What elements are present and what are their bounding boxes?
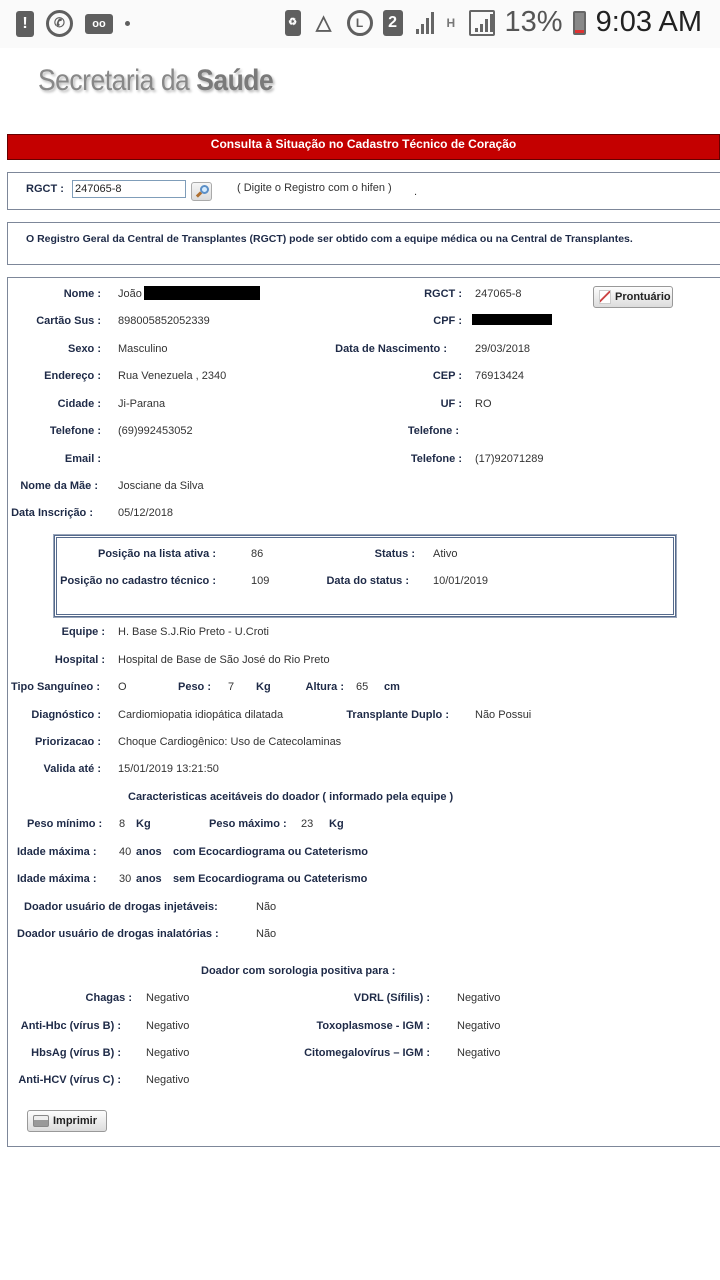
- hbsag-label: HbsAg (vírus B) :: [31, 1047, 121, 1059]
- idade-maxima-2-label: Idade máxima :: [17, 873, 96, 885]
- hospital-value: Hospital de Base de São José do Rio Pret…: [118, 654, 330, 666]
- citomegalovirus-value: Negativo: [457, 1047, 500, 1059]
- rgct-value: 247065-8: [475, 288, 522, 300]
- printer-icon: [33, 1115, 49, 1127]
- hospital-label: Hospital :: [55, 654, 105, 666]
- nascimento-value: 29/03/2018: [475, 343, 530, 355]
- alarm-icon: L: [347, 10, 373, 36]
- altura-label: Altura :: [306, 681, 345, 693]
- telefone3-value: (17)92071289: [475, 453, 544, 465]
- sexo-label: Sexo :: [68, 343, 101, 355]
- inscricao-label: Data Inscrição :: [11, 507, 93, 519]
- print-button[interactable]: Imprimir: [27, 1110, 107, 1132]
- transplante-duplo-label: Transplante Duplo :: [346, 709, 449, 721]
- cidade-label: Cidade :: [58, 398, 101, 410]
- data-status-label: Data do status :: [326, 575, 409, 587]
- diagnostico-label: Diagnóstico :: [31, 709, 101, 721]
- equipe-value: H. Base S.J.Rio Preto - U.Croti: [118, 626, 269, 638]
- stray-dot: .: [414, 186, 417, 198]
- posicao-cadastro-label: Posição no cadastro técnico :: [60, 575, 216, 587]
- peso-maximo-unit: Kg: [329, 818, 344, 830]
- altura-value: 65: [356, 681, 368, 693]
- site-logo: Secretaria da Saúde: [38, 64, 273, 98]
- altura-unit: cm: [384, 681, 400, 693]
- drogas-injetaveis-value: Não: [256, 901, 276, 913]
- cep-value: 76913424: [475, 370, 524, 382]
- signal-outline-icon: [469, 10, 495, 36]
- idade-maxima-1-value: 40: [119, 846, 131, 858]
- whatsapp-icon: ✆: [46, 10, 73, 37]
- transplante-duplo-value: Não Possui: [475, 709, 531, 721]
- mae-value: Josciane da Silva: [118, 480, 204, 492]
- donor-characteristics-title: Caracteristicas aceitáveis do doador ( i…: [128, 791, 453, 803]
- anti-hbc-value: Negativo: [146, 1020, 189, 1032]
- dot-icon: [125, 21, 130, 26]
- logo-regular: Secretaria da: [38, 64, 196, 97]
- idade-maxima-1-label: Idade máxima :: [17, 846, 96, 858]
- sexo-value: Masculino: [118, 343, 168, 355]
- sim2-icon: 2: [383, 10, 403, 36]
- nome-label: Nome :: [64, 288, 101, 300]
- nome-value: João: [118, 288, 142, 300]
- cpf-label: CPF :: [433, 315, 462, 327]
- valida-label: Valida até :: [44, 763, 101, 775]
- android-status-bar: ! ✆ oo ♻ △ L 2 H 13% 9:03 AM: [0, 0, 720, 48]
- cartao-sus-value: 898005852052339: [118, 315, 210, 327]
- vdrl-label: VDRL (Sífilis) :: [354, 992, 430, 1004]
- telefone3-label: Telefone :: [411, 453, 462, 465]
- prontuario-button[interactable]: Prontuário: [593, 286, 673, 308]
- hbsag-value: Negativo: [146, 1047, 189, 1059]
- telefone1-label: Telefone :: [50, 425, 101, 437]
- document-edit-icon: [599, 290, 611, 304]
- page-title: Consulta à Situação no Cadastro Técnico …: [7, 134, 720, 160]
- drogas-injetaveis-label: Doador usuário de drogas injetáveis:: [24, 901, 218, 913]
- idade-maxima-2-unit: anos: [136, 873, 162, 885]
- priorizacao-label: Priorizacao :: [35, 736, 101, 748]
- status-label: Status :: [375, 548, 415, 560]
- vdrl-value: Negativo: [457, 992, 500, 1004]
- toxoplasmose-label: Toxoplasmose - IGM :: [317, 1020, 430, 1032]
- peso-minimo-unit: Kg: [136, 818, 151, 830]
- nascimento-label: Data de Nascimento :: [335, 343, 447, 355]
- peso-minimo-value: 8: [119, 818, 125, 830]
- redacted-cpf: [472, 314, 552, 325]
- endereco-label: Endereço :: [44, 370, 101, 382]
- data-status-value: 10/01/2019: [433, 575, 488, 587]
- magnifier-handle: [196, 191, 202, 197]
- inscricao-value: 05/12/2018: [118, 507, 173, 519]
- rgct-info-text: O Registro Geral da Central de Transplan…: [26, 233, 633, 245]
- cartao-sus-label: Cartão Sus :: [36, 315, 101, 327]
- anti-hbc-label: Anti-Hbc (vírus B) :: [21, 1020, 121, 1032]
- peso-label: Peso :: [178, 681, 211, 693]
- uf-value: RO: [475, 398, 492, 410]
- posicao-ativa-value: 86: [251, 548, 263, 560]
- info-panel: O Registro Geral da Central de Transplan…: [7, 222, 720, 265]
- rgct-hint: ( Digite o Registro com o hifen ): [237, 182, 392, 194]
- redacted-surname: [144, 286, 260, 300]
- citomegalovirus-label: Citomegalovírus – IGM :: [304, 1047, 430, 1059]
- email-label: Email :: [65, 453, 101, 465]
- serology-title: Doador com sorologia positiva para :: [201, 965, 395, 977]
- telefone1-value: (69)992453052: [118, 425, 193, 437]
- status-value: Ativo: [433, 548, 457, 560]
- drogas-inalatorias-label: Doador usuário de drogas inalatórias :: [17, 928, 219, 940]
- peso-maximo-label: Peso máximo :: [209, 818, 287, 830]
- clock: 9:03 AM: [596, 6, 702, 39]
- valida-value: 15/01/2019 13:21:50: [118, 763, 219, 775]
- posicao-cadastro-value: 109: [251, 575, 269, 587]
- tipo-sanguineo-label: Tipo Sanguíneo :: [11, 681, 100, 693]
- rgct-search-label: RGCT :: [26, 183, 64, 195]
- toxoplasmose-value: Negativo: [457, 1020, 500, 1032]
- peso-maximo-value: 23: [301, 818, 313, 830]
- diagnostico-value: Cardiomiopatia idiopática dilatada: [118, 709, 283, 721]
- cidade-value: Ji-Parana: [118, 398, 165, 410]
- drogas-inalatorias-value: Não: [256, 928, 276, 940]
- prontuario-label: Prontuário: [615, 291, 671, 303]
- signal-icon: [413, 10, 437, 36]
- endereco-value: Rua Venezuela , 2340: [118, 370, 226, 382]
- search-panel: RGCT : ( Digite o Registro com o hifen )…: [7, 172, 720, 210]
- idade-maxima-1-unit: anos: [136, 846, 162, 858]
- anti-hcv-value: Negativo: [146, 1074, 189, 1086]
- idade-maxima-2-value: 30: [119, 873, 131, 885]
- battery-saver-icon: ♻: [285, 10, 301, 36]
- battery-icon: [573, 11, 586, 35]
- voicemail-icon: oo: [85, 14, 113, 34]
- anti-hcv-label: Anti-HCV (vírus C) :: [18, 1074, 121, 1086]
- telefone2-label: Telefone :: [408, 425, 459, 437]
- equipe-label: Equipe :: [62, 626, 105, 638]
- uf-label: UF :: [441, 398, 462, 410]
- chagas-label: Chagas :: [86, 992, 132, 1004]
- idade-maxima-1-note: com Ecocardiograma ou Cateterismo: [173, 846, 368, 858]
- mae-label: Nome da Mãe :: [20, 480, 98, 492]
- priorizacao-value: Choque Cardiogênico: Uso de Catecolamina…: [118, 736, 341, 748]
- data-saver-icon: △: [311, 10, 337, 36]
- cep-label: CEP :: [433, 370, 462, 382]
- hspa-icon: H: [447, 16, 459, 30]
- peso-unit: Kg: [256, 681, 271, 693]
- search-button[interactable]: [191, 182, 212, 201]
- peso-value: 7: [228, 681, 234, 693]
- peso-minimo-label: Peso mínimo :: [27, 818, 102, 830]
- posicao-ativa-label: Posição na lista ativa :: [98, 548, 216, 560]
- position-panel: Posição na lista ativa : 86 Status : Ati…: [54, 535, 676, 617]
- alert-icon: !: [16, 11, 34, 37]
- battery-percent: 13%: [505, 6, 563, 39]
- chagas-value: Negativo: [146, 992, 189, 1004]
- idade-maxima-2-note: sem Ecocardiograma ou Cateterismo: [173, 873, 367, 885]
- rgct-search-input[interactable]: [72, 180, 186, 198]
- patient-details-panel: Nome : João RGCT : 247065-8 Prontuário C…: [7, 277, 720, 1147]
- logo-bold: Saúde: [196, 64, 273, 97]
- tipo-sanguineo-value: O: [118, 681, 127, 693]
- print-label: Imprimir: [53, 1115, 97, 1127]
- rgct-label: RGCT :: [424, 288, 462, 300]
